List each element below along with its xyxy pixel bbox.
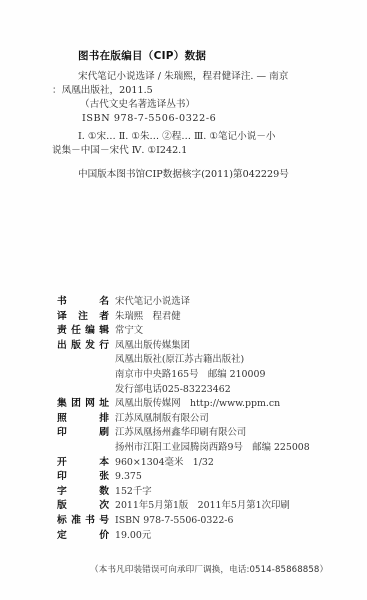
row-price: 定 价 19.00元: [57, 529, 347, 544]
copyright-page: 图书在版编目（CIP）数据 宋代笔记小说选译 / 朱瑞熙，程君健译注. — 南京…: [0, 0, 367, 600]
value-typesetting: 江苏凤凰制版有限公司: [115, 412, 209, 427]
label-word-count: 字 数: [57, 485, 115, 500]
row-printing: 印 刷 江苏凤凰扬州鑫华印刷有限公司 扬州市江阳工业园腾岗西路9号 邮编 225…: [57, 426, 347, 455]
value-translators: 朱瑞熙 程君健: [115, 310, 181, 325]
row-typesetting: 照 排 江苏凤凰制版有限公司: [57, 412, 347, 427]
cip-classification: Ⅰ. ①宋… Ⅱ. ①朱… ②程… Ⅲ. ①笔记小说－小 说集－中国－宋代 Ⅳ.…: [52, 130, 342, 158]
row-format: 开 本 960×1304毫米 1/32: [57, 456, 347, 471]
label-edition: 版 次: [57, 499, 115, 514]
value-printed-sheets: 9.375: [115, 470, 142, 485]
cip-entry: 宋代笔记小说选译 / 朱瑞熙，程君健译注. — 南京 ：凤凰出版社，2011.5…: [52, 70, 342, 126]
cip-isbn: ISBN 978-7-5506-0322-6: [52, 112, 342, 126]
label-publisher: 出 版 发 行: [57, 339, 115, 354]
row-edition: 版 次 2011年5月第1版 2011年5月第1次印刷: [57, 499, 347, 514]
value-publisher-name: 凤凰出版社(原江苏古籍出版社): [115, 353, 265, 368]
cip-publisher-line: ：凤凰出版社，2011.5: [52, 84, 342, 98]
value-publisher-phone: 发行部电话025-83223462: [115, 383, 265, 398]
row-publisher: 出 版 发 行 凤凰出版传媒集团 凤凰出版社(原江苏古籍出版社) 南京市中央路1…: [57, 339, 347, 397]
label-isbn: 标 准 书 号: [57, 514, 115, 529]
row-editor: 责 任 编 辑 常宁文: [57, 324, 347, 339]
row-isbn: 标 准 书 号 ISBN 978-7-5506-0322-6: [57, 514, 347, 529]
value-editor: 常宁文: [115, 324, 143, 339]
label-editor: 责 任 编 辑: [57, 324, 115, 339]
value-publisher-group: 凤凰出版传媒集团: [115, 339, 265, 354]
value-edition: 2011年5月第1版 2011年5月第1次印刷: [115, 499, 290, 514]
label-price: 定 价: [57, 529, 115, 544]
label-book-title: 书 名: [57, 295, 115, 310]
label-printing: 印 刷: [57, 426, 115, 441]
value-isbn: ISBN 978-7-5506-0322-6: [115, 514, 233, 529]
cip-heading: 图书在版编目（CIP）数据: [78, 48, 206, 63]
row-translators: 译 注 者 朱瑞熙 程君健: [57, 310, 347, 325]
cip-record-number: 中国版本图书馆CIP数据核字(2011)第042229号: [78, 166, 289, 180]
value-printer: 江苏凤凰扬州鑫华印刷有限公司: [115, 426, 310, 441]
label-typesetting: 照 排: [57, 412, 115, 427]
cip-series: （古代文史名著选译丛书）: [52, 98, 342, 112]
value-book-title: 宋代笔记小说选译: [115, 295, 190, 310]
label-format: 开 本: [57, 456, 115, 471]
label-website: 集 团 网 址: [57, 397, 115, 412]
row-book-title: 书 名 宋代笔记小说选译: [57, 295, 347, 310]
classification-line-1: Ⅰ. ①宋… Ⅱ. ①朱… ②程… Ⅲ. ①笔记小说－小: [52, 130, 342, 144]
value-printer-address: 扬州市江阳工业园腾岗西路9号 邮编 225008: [115, 441, 310, 456]
cip-title-line: 宋代笔记小说选译 / 朱瑞熙，程君健译注. — 南京: [52, 70, 342, 84]
label-printed-sheets: 印 张: [57, 470, 115, 485]
classification-line-2: 说集－中国－宋代 Ⅳ. ①I242.1: [52, 144, 342, 158]
colophon-table: 书 名 宋代笔记小说选译 译 注 者 朱瑞熙 程君健 责 任 编 辑: [57, 295, 347, 543]
row-word-count: 字 数 152千字: [57, 485, 347, 500]
value-format: 960×1304毫米 1/32: [115, 456, 214, 471]
value-publisher-address: 南京市中央路165号 邮编 210009: [115, 368, 265, 383]
value-website: 凤凰出版传媒网 http://www.ppm.cn: [115, 397, 280, 412]
value-word-count: 152千字: [115, 485, 152, 500]
value-price: 19.00元: [115, 529, 151, 544]
print-error-note: （本书凡印装错误可向承印厂调换，电话:0514-85868858）: [90, 563, 328, 575]
label-translators: 译 注 者: [57, 310, 115, 325]
row-printed-sheets: 印 张 9.375: [57, 470, 347, 485]
row-website: 集 团 网 址 凤凰出版传媒网 http://www.ppm.cn: [57, 397, 347, 412]
